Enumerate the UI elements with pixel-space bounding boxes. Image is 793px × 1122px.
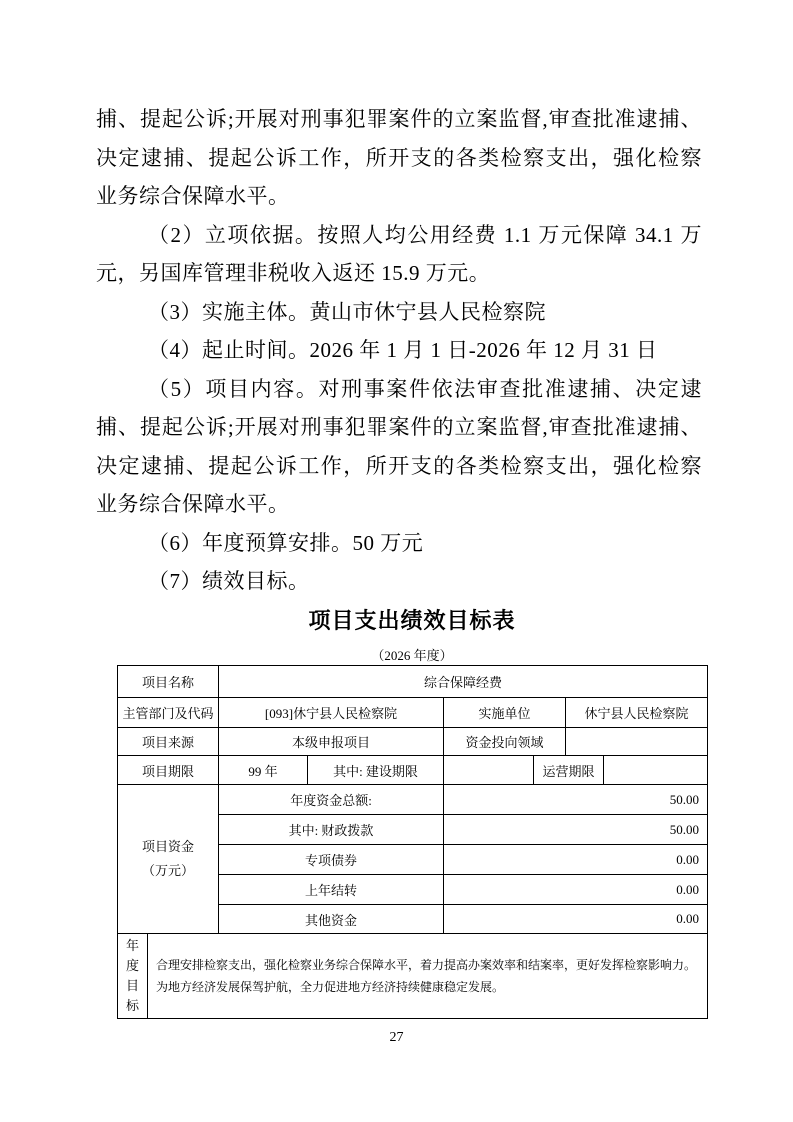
funds-label-line2: （万元） bbox=[142, 859, 194, 883]
cell-dept-label: 主管部门及代码 bbox=[118, 698, 219, 728]
cell-source-value: 本级申报项目 bbox=[219, 728, 444, 756]
cell-build-period-label: 其中: 建设期限 bbox=[308, 756, 444, 785]
target-label-char: 标 bbox=[126, 996, 139, 1016]
cell-impl-unit-value: 休宁县人民检察院 bbox=[566, 698, 708, 728]
body-line: （2）立项依据。按照人均公用经费 1.1 万元保障 34.1 万 bbox=[96, 216, 702, 255]
target-text-line: 为地方经济发展保驾护航，全力促进地方经济持续健康稳定发展。 bbox=[156, 976, 703, 998]
cell-fund-name: 专项债券 bbox=[219, 845, 444, 875]
cell-oper-period-label: 运营期限 bbox=[534, 756, 604, 785]
cell-period-value: 99 年 bbox=[219, 756, 308, 785]
body-line: 决定逮捕、提起公诉工作，所开支的各类检察支出，强化检察 bbox=[96, 447, 702, 486]
body-line: 捕、提起公诉;开展对刑事犯罪案件的立案监督,审查批准逮捕、 bbox=[96, 408, 702, 447]
cell-fund-name: 其中: 财政拨款 bbox=[219, 815, 444, 845]
funds-rows: 年度资金总额: 50.00 其中: 财政拨款 50.00 专项债券 0.00 上… bbox=[219, 785, 708, 934]
cell-project-name-label: 项目名称 bbox=[118, 666, 219, 698]
target-label-char: 年 bbox=[126, 936, 139, 956]
body-line: （4）起止时间。2026 年 1 月 1 日-2026 年 12 月 31 日 bbox=[96, 331, 702, 370]
section-project-funds: 项目资金 （万元） 年度资金总额: 50.00 其中: 财政拨款 50.00 专… bbox=[118, 785, 708, 934]
fund-item-row: 其中: 财政拨款 50.00 bbox=[219, 815, 708, 845]
performance-table: 项目名称 综合保障经费 主管部门及代码 [093]休宁县人民检察院 实施单位 休… bbox=[117, 665, 708, 1019]
cell-fund-name: 年度资金总额: bbox=[219, 785, 444, 815]
body-line: （6）年度预算安排。50 万元 bbox=[96, 524, 702, 563]
body-line: 捕、提起公诉;开展对刑事犯罪案件的立案监督,审查批准逮捕、 bbox=[96, 100, 702, 139]
row-period: 项目期限 99 年 其中: 建设期限 运营期限 bbox=[118, 756, 708, 785]
body-line: 决定逮捕、提起公诉工作，所开支的各类检察支出，强化检察 bbox=[96, 139, 702, 178]
fund-item-row: 其他资金 0.00 bbox=[219, 905, 708, 934]
cell-source-label: 项目来源 bbox=[118, 728, 219, 756]
fund-item-row: 年度资金总额: 50.00 bbox=[219, 785, 708, 815]
cell-fund-name: 其他资金 bbox=[219, 905, 444, 934]
cell-invest-label: 资金投向领域 bbox=[444, 728, 566, 756]
cell-dept-value: [093]休宁县人民检察院 bbox=[219, 698, 444, 728]
cell-fund-name: 上年结转 bbox=[219, 875, 444, 905]
body-line: （3）实施主体。黄山市休宁县人民检察院 bbox=[96, 293, 702, 332]
fund-item-row: 专项债券 0.00 bbox=[219, 845, 708, 875]
cell-fund-value: 0.00 bbox=[444, 845, 708, 875]
cell-fund-value: 50.00 bbox=[444, 785, 708, 815]
row-source: 项目来源 本级申报项目 资金投向领域 bbox=[118, 728, 708, 756]
body-line: 元，另国库管理非税收入返还 15.9 万元。 bbox=[96, 254, 702, 293]
cell-invest-value bbox=[566, 728, 708, 756]
cell-period-label: 项目期限 bbox=[118, 756, 219, 785]
fund-item-row: 上年结转 0.00 bbox=[219, 875, 708, 905]
row-dept: 主管部门及代码 [093]休宁县人民检察院 实施单位 休宁县人民检察院 bbox=[118, 698, 708, 728]
page-number: 27 bbox=[0, 1030, 793, 1046]
cell-fund-value: 0.00 bbox=[444, 875, 708, 905]
cell-build-period-value bbox=[444, 756, 534, 785]
cell-oper-period-value bbox=[604, 756, 708, 785]
target-text-line: 合理安排检察支出，强化检察业务综合保障水平，着力提高办案效率和结案率，更好发挥检… bbox=[156, 954, 703, 976]
cell-annual-target-text: 合理安排检察支出，强化检察业务综合保障水平，着力提高办案效率和结案率，更好发挥检… bbox=[148, 934, 708, 1019]
body-line: （5）项目内容。对刑事案件依法审查批准逮捕、决定逮 bbox=[96, 370, 702, 409]
table-subtitle: （2026 年度） bbox=[117, 645, 707, 664]
body-line: 业务综合保障水平。 bbox=[96, 485, 702, 524]
cell-funds-label: 项目资金 （万元） bbox=[118, 785, 219, 934]
cell-annual-target-label: 年 度 目 标 bbox=[118, 934, 148, 1019]
target-label-char: 度 bbox=[126, 956, 139, 976]
cell-fund-value: 0.00 bbox=[444, 905, 708, 934]
row-annual-target: 年 度 目 标 合理安排检察支出，强化检察业务综合保障水平，着力提高办案效率和结… bbox=[118, 934, 708, 1019]
cell-impl-unit-label: 实施单位 bbox=[444, 698, 566, 728]
body-line: 业务综合保障水平。 bbox=[96, 177, 702, 216]
body-text: 捕、提起公诉;开展对刑事犯罪案件的立案监督,审查批准逮捕、 决定逮捕、提起公诉工… bbox=[96, 100, 702, 601]
document-page: 捕、提起公诉;开展对刑事犯罪案件的立案监督,审查批准逮捕、 决定逮捕、提起公诉工… bbox=[0, 0, 793, 1122]
target-label-char: 目 bbox=[126, 976, 139, 996]
funds-label-line1: 项目资金 bbox=[142, 835, 194, 859]
cell-project-name-value: 综合保障经费 bbox=[219, 666, 708, 698]
row-project-name: 项目名称 综合保障经费 bbox=[118, 666, 708, 698]
body-line: （7）绩效目标。 bbox=[96, 562, 702, 601]
cell-fund-value: 50.00 bbox=[444, 815, 708, 845]
table-title: 项目支出绩效目标表 bbox=[117, 604, 707, 635]
